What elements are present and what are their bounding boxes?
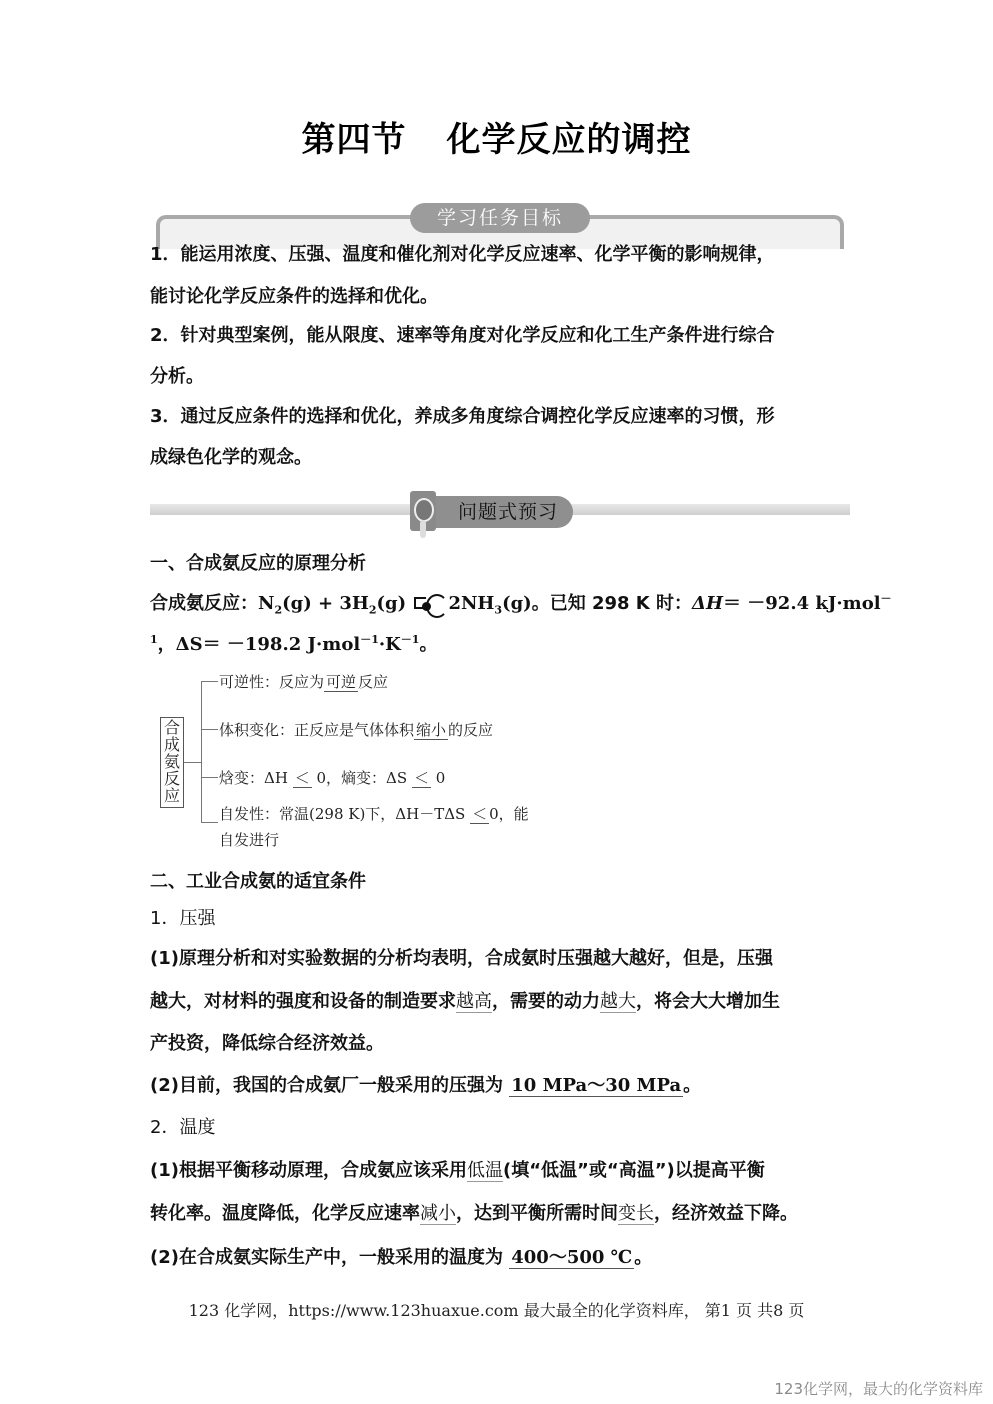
text: ，需要的动力 [492,991,600,1012]
known-condition: 。已知 298 K 时： [532,593,692,614]
root-char: 合 [161,719,183,736]
kelvin-sup: －1 [401,633,420,646]
nh3-subscript: 3 [494,604,502,617]
root-char: 氨 [161,753,183,770]
equilibrium-arrow-icon [412,594,448,614]
root-char: 应 [161,787,183,804]
delta-s-value: ，ΔS＝ －198.2 J·mol [158,634,361,655]
reaction-equation: 合成氨反应：N2(g) + 3H2(g) 2NH3(g)。已知 298 K 时：… [150,589,892,617]
blank-answer: 变长 [618,1203,654,1225]
branch-text: 0，能 [489,805,529,823]
branch-text: 可逆性：反应为 [219,673,324,691]
section2-heading: 二、工业合成氨的适宜条件 [150,867,366,893]
root-char: 反 [161,770,183,787]
section-number: 第四节 [302,120,407,160]
goal-2-line-2: 分析。 [150,362,204,388]
blank-answer: 越高 [456,991,492,1013]
branch-text: 0 [436,769,446,787]
h2-subscript: 2 [369,604,377,617]
text: (2)目前，我国的合成氨厂一般采用的压强为 [150,1075,509,1096]
mol-sup: －1 [360,633,379,646]
blank-answer: 可逆 [324,673,358,692]
pressure-para-line1: (1)原理分析和对实验数据的分析均表明，合成氨时压强越大越好，但是，压强 [150,944,773,970]
goal-1-line-2: 能讨论化学反应条件的选择和优化。 [150,282,438,308]
text: ，经济效益下降。 [654,1203,798,1224]
kelvin: ·K [379,634,401,655]
branch-text: 反应 [358,673,388,691]
section-title: 化学反应的调控 [447,120,692,160]
n2-state: (g) + 3H [282,593,369,614]
branch-text: 的反应 [448,721,493,739]
section1-heading: 一、合成氨反应的原理分析 [150,549,366,575]
pressure-para-2: (2)目前，我国的合成氨厂一般采用的压强为 10 MPa～30 MPa。 [150,1071,701,1097]
branch-volume: 体积变化：正反应是气体体积缩小的反应 [219,719,493,740]
delta-h-sup: － [881,592,892,605]
pressure-para-line3: 产投资，降低综合经济效益。 [150,1029,384,1055]
branch-enthalpy-entropy: 焓变：ΔH ＜ 0，熵变：ΔS ＜ 0 [219,767,445,788]
text: (1)根据平衡移动原理，合成氨应该采用 [150,1160,467,1181]
blank-answer: 低温 [467,1160,503,1182]
branch-text: 体积变化：正反应是气体体积 [219,721,414,739]
blank-answer: 减小 [420,1203,456,1225]
temperature-para-2: (2)在合成氨实际生产中，一般采用的温度为 400～500 ℃。 [150,1243,652,1269]
text: 。 [634,1247,652,1268]
text: 越大，对材料的强度和设备的制造要求 [150,991,456,1012]
goals-banner: 学习任务目标 [156,203,844,233]
text: 。 [683,1075,701,1096]
watermark: 123化学网，最大的化学资料库 [774,1378,983,1399]
blank-answer: 缩小 [414,721,448,740]
blank-answer: ＜ [412,769,431,788]
preview-banner: 问题式预习 [150,486,850,536]
nh3: 2NH [448,593,494,614]
delta-h: ΔH [692,593,723,614]
text: (填“低温”或“高温”)以提高平衡 [503,1160,765,1181]
blank-answer: 10 MPa～30 MPa [509,1075,683,1097]
goal-3-line-2: 成绿色化学的观念。 [150,443,312,469]
unit-sup: 1 [150,633,158,646]
goal-1-line-1: 1．能运用浓度、压强、温度和催化剂对化学反应速率、化学平衡的影响规律， [150,240,775,266]
connector [201,681,218,682]
text: (2)在合成氨实际生产中，一般采用的温度为 [150,1247,509,1268]
magnifier-handle-icon [420,520,426,538]
blank-answer: 400～500 ℃ [509,1247,634,1269]
blank-answer: 越大 [600,991,636,1013]
root-char: 成 [161,736,183,753]
temperature-para-line1: (1)根据平衡移动原理，合成氨应该采用低温(填“低温”或“高温”)以提高平衡 [150,1156,765,1182]
goal-3-line-1: 3．通过反应条件的选择和优化，养成多角度综合调控化学反应速率的习惯，形 [150,402,775,428]
subsection-temperature: 2．温度 [150,1113,215,1139]
connector [201,822,218,823]
n2-subscript: 2 [274,604,282,617]
branch-text: 0，熵变：ΔS [317,769,408,787]
blank-answer: ＜ [470,805,489,824]
text: ，达到平衡所需时间 [456,1203,618,1224]
branch-text: 自发性：常温(298 K)下，ΔH－TΔS [219,805,465,823]
subsection-pressure: 1．压强 [150,904,215,930]
entropy-line: 1，ΔS＝ －198.2 J·mol－1·K－1。 [150,630,437,656]
blank-answer: ＜ [293,769,312,788]
temperature-para-line2: 转化率。温度降低，化学反应速率减小，达到平衡所需时间变长，经济效益下降。 [150,1199,798,1225]
period: 。 [419,634,437,655]
page-footer: 123 化学网，https://www.123huaxue.com 最大最全的化… [0,1298,993,1321]
branch-spontaneity-line2: 自发进行 [219,829,279,850]
n2: N [258,593,274,614]
preview-banner-label: 问题式预习 [436,496,573,528]
mindmap-root: 合 成 氨 反 应 [160,717,184,808]
connector [184,762,202,763]
goals-banner-label: 学习任务目标 [410,203,590,233]
reaction-label: 合成氨反应： [150,593,258,614]
branch-reversibility: 可逆性：反应为可逆反应 [219,671,388,692]
branch-text: 焓变：ΔH [219,769,288,787]
delta-h-value: ＝ －92.4 kJ·mol [723,593,881,614]
connector [201,681,202,823]
h2-state: (g) [377,593,407,614]
magnifier-lens-icon [414,498,434,522]
connector [201,729,218,730]
text: 转化率。温度降低，化学反应速率 [150,1203,420,1224]
pressure-para-line2: 越大，对材料的强度和设备的制造要求越高，需要的动力越大，将会大大增加生 [150,987,780,1013]
page-title: 第四节化学反应的调控 [0,112,993,161]
nh3-state: (g) [502,593,532,614]
connector [201,777,218,778]
branch-spontaneity: 自发性：常温(298 K)下，ΔH－TΔS ＜0，能 [219,803,529,824]
goal-2-line-1: 2．针对典型案例，能从限度、速率等角度对化学反应和化工生产条件进行综合 [150,321,775,347]
text: ，将会大大增加生 [636,991,780,1012]
